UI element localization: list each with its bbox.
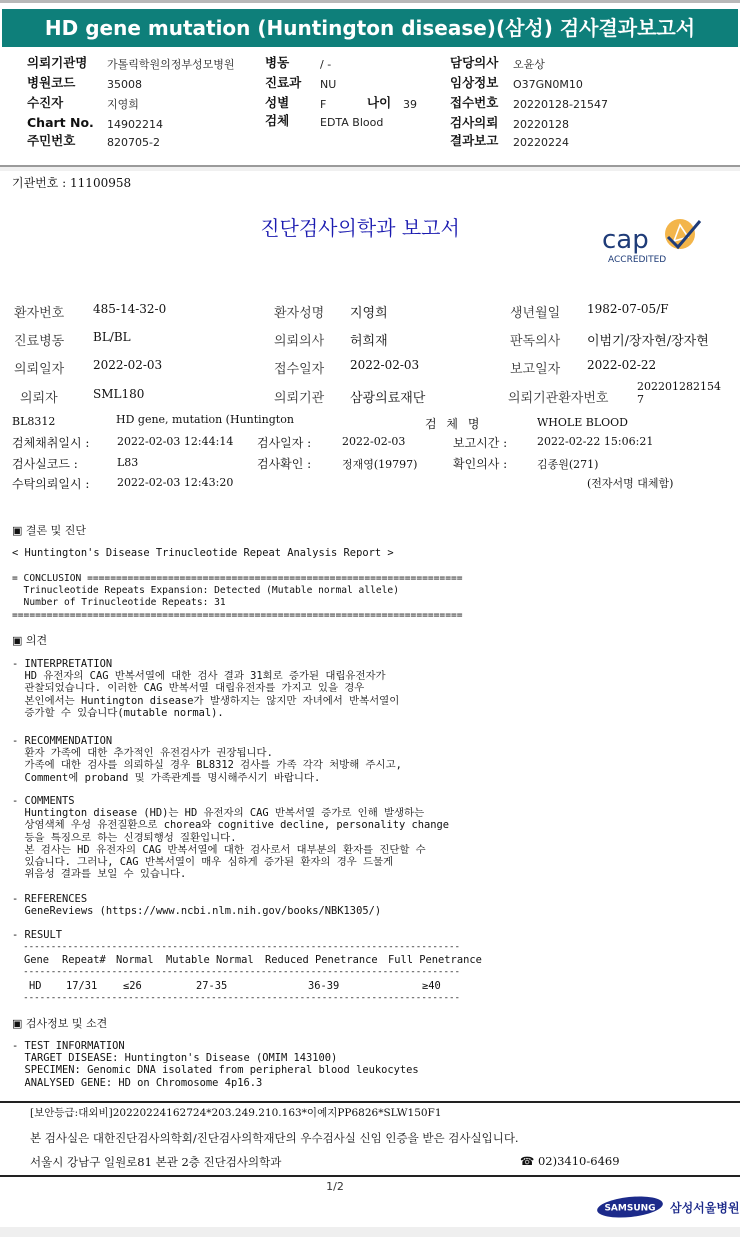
label: 결과보고 — [450, 133, 498, 148]
divider-band — [0, 167, 740, 171]
value: 가톨릭학원의정부성모병원 — [107, 58, 235, 71]
doctor-label: 확인의사 : — [453, 455, 507, 472]
label: 담당의사 — [450, 55, 498, 70]
label: 의뢰의사 — [274, 330, 324, 349]
value: 20220128-21547 — [513, 98, 608, 111]
cell-normal: ≤26 — [123, 980, 142, 992]
value: 20220224 — [513, 136, 569, 149]
value: 2022-02-03 — [93, 358, 162, 372]
col-header-reduced: Reduced Penetrance — [265, 954, 378, 966]
label: 판독의사 — [510, 330, 560, 349]
cell-repeat: 17/31 — [66, 980, 97, 992]
label: 주민번호 — [27, 133, 75, 148]
value: 39 — [403, 98, 417, 111]
value-wrap: 7 — [637, 393, 644, 406]
label: 성별 — [265, 95, 289, 110]
label: 보고일자 — [510, 358, 560, 377]
value: F — [320, 98, 326, 111]
references-block: - REFERENCES GeneReviews (https://www.nc… — [12, 893, 381, 917]
cell-reduced: 36-39 — [308, 980, 339, 992]
phone-number: ☎ 02)3410-6469 — [520, 1154, 620, 1168]
label: 검체 — [265, 113, 289, 128]
label: 임상정보 — [450, 75, 498, 90]
result-label: - RESULT — [12, 929, 62, 941]
label: 의뢰자 — [20, 387, 58, 406]
label: 검사의뢰 — [450, 115, 498, 130]
value: 오윤상 — [513, 58, 545, 71]
label: 접수일자 — [274, 358, 324, 377]
testinfo-header: ▣ 검사정보 및 소견 — [12, 1015, 107, 1031]
label: 생년월일 — [510, 302, 560, 321]
svg-text:SAMSUNG: SAMSUNG — [604, 1204, 655, 1214]
svg-text:ACCREDITED: ACCREDITED — [608, 255, 666, 265]
confirm-value: 정재영(19797) — [342, 456, 417, 472]
consign-label: 수탁의뢰일시 : — [12, 475, 89, 492]
collect-value: 2022-02-03 12:44:14 — [117, 435, 233, 448]
value: 이범기/장자현/장자현 — [587, 330, 709, 349]
label: 진료병동 — [14, 330, 64, 349]
result-rule-bottom: ----------------------------------------… — [12, 992, 460, 1004]
value: NU — [320, 78, 336, 91]
esign-note: (전자서명 대체함) — [587, 475, 673, 491]
result-rule-mid: ----------------------------------------… — [12, 966, 460, 978]
value: 202201282154 — [637, 380, 721, 393]
samsung-logo-icon: SAMSUNG — [596, 1196, 664, 1218]
label: 병원코드 — [27, 75, 75, 90]
samsung-hospital-logo: SAMSUNG 삼성서울병원 — [596, 1196, 736, 1220]
top-border — [0, 0, 740, 3]
value: O37GN0M10 — [513, 78, 583, 91]
value: 2022-02-03 — [350, 358, 419, 372]
value: BL/BL — [93, 330, 131, 344]
label: 의뢰기관환자번호 — [508, 387, 608, 406]
value: SML180 — [93, 387, 144, 401]
value: 1982-07-05/F — [587, 302, 669, 316]
value: 삼광의료재단 — [350, 387, 425, 406]
testinfo-block: - TEST INFORMATION TARGET DISEASE: Hunti… — [12, 1040, 419, 1089]
value: 2022-02-22 — [587, 358, 656, 372]
label: 환자번호 — [14, 302, 64, 321]
label: 의뢰기관 — [274, 387, 324, 406]
conclusion-header: ▣ 결론 및 진단 — [12, 522, 86, 538]
comments-block: - COMMENTS Huntington disease (HD)는 HD 유… — [12, 795, 449, 880]
specimen-label: 검 체 명 — [425, 415, 479, 432]
cell-mutable: 27-35 — [196, 980, 227, 992]
col-header-repeat: Repeat# — [62, 954, 106, 966]
value: 485-14-32-0 — [93, 302, 166, 316]
col-header-full: Full Penetrance — [388, 954, 482, 966]
labcode-value: L83 — [117, 456, 138, 469]
label: 수진자 — [27, 95, 63, 110]
svg-text:cap: cap — [602, 225, 649, 255]
institution-number: 기관번호 : 11100958 — [12, 174, 131, 191]
conclusion-block: = CONCLUSION ===========================… — [12, 573, 463, 622]
value: EDTA Blood — [320, 116, 383, 129]
footer-rule-top — [0, 1101, 740, 1103]
recommendation-block: - RECOMMENDATION 환자 가족에 대한 추가적인 유전검사가 권장… — [12, 735, 402, 784]
cap-logo-icon: cap ACCREDITED — [600, 215, 710, 265]
value: / - — [320, 58, 331, 71]
testdate-value: 2022-02-03 — [342, 435, 405, 448]
certification-line: 본 검사실은 대한진단검사의학회/진단검사의학재단의 우수검사실 신임 인증을 … — [30, 1130, 519, 1146]
reporttime-value: 2022-02-22 15:06:21 — [537, 435, 653, 448]
value: 지영희 — [350, 302, 388, 321]
doctor-value: 김종원(271) — [537, 456, 598, 472]
label: 병동 — [265, 55, 289, 70]
col-header-mutable: Mutable Normal — [166, 954, 254, 966]
opinion-header: ▣ 의견 — [12, 632, 47, 648]
specimen-value: WHOLE BLOOD — [537, 416, 628, 429]
value: 20220128 — [513, 118, 569, 131]
testdate-label: 검사일자 : — [257, 434, 311, 451]
col-header-normal: Normal — [116, 954, 154, 966]
report-title-bar: HD gene mutation (Huntington disease)(삼성… — [2, 9, 738, 47]
hospital-name: 삼성서울병원 — [670, 1199, 740, 1216]
page-number: 1/2 — [0, 1180, 670, 1193]
consign-value: 2022-02-03 12:43:20 — [117, 476, 233, 489]
report-name: < Huntington's Disease Trinucleotide Rep… — [12, 547, 394, 559]
label: 진료과 — [265, 75, 301, 90]
security-line: [보안등급:대외비]20220224162724*203.249.210.163… — [30, 1105, 442, 1120]
collect-label: 검체채취일시 : — [12, 434, 89, 451]
col-header-gene: Gene — [24, 954, 49, 966]
value: 14902214 — [107, 118, 163, 131]
cap-accredited-logo: cap ACCREDITED — [600, 215, 710, 265]
value: 820705-2 — [107, 136, 160, 149]
label: 나이 — [367, 95, 391, 110]
value: 35008 — [107, 78, 142, 91]
labcode-label: 검사실코드 : — [12, 455, 78, 472]
footer-rule-bottom — [0, 1175, 740, 1177]
value: 허희재 — [350, 330, 388, 349]
interpretation-block: - INTERPRETATION HD 유전자의 CAG 반복서열에 대한 검사… — [12, 658, 399, 719]
label: 의뢰일자 — [14, 358, 64, 377]
confirm-label: 검사확인 : — [257, 455, 311, 472]
label: Chart No. — [27, 115, 94, 130]
label: 접수번호 — [450, 95, 498, 110]
cell-full: ≥40 — [422, 980, 441, 992]
cell-gene: HD — [29, 980, 42, 992]
page-bottom-band — [0, 1227, 740, 1237]
test-code: BL8312 — [12, 415, 55, 428]
address-line: 서울시 강남구 일원로81 본관 2층 진단검사의학과 — [30, 1154, 281, 1170]
label: 환자성명 — [274, 302, 324, 321]
reporttime-label: 보고시간 : — [453, 434, 507, 451]
result-rule-top: ----------------------------------------… — [12, 941, 460, 953]
value: 지영희 — [107, 98, 139, 111]
test-name: HD gene, mutation (Huntington — [116, 413, 294, 426]
label: 의뢰기관명 — [27, 55, 87, 70]
